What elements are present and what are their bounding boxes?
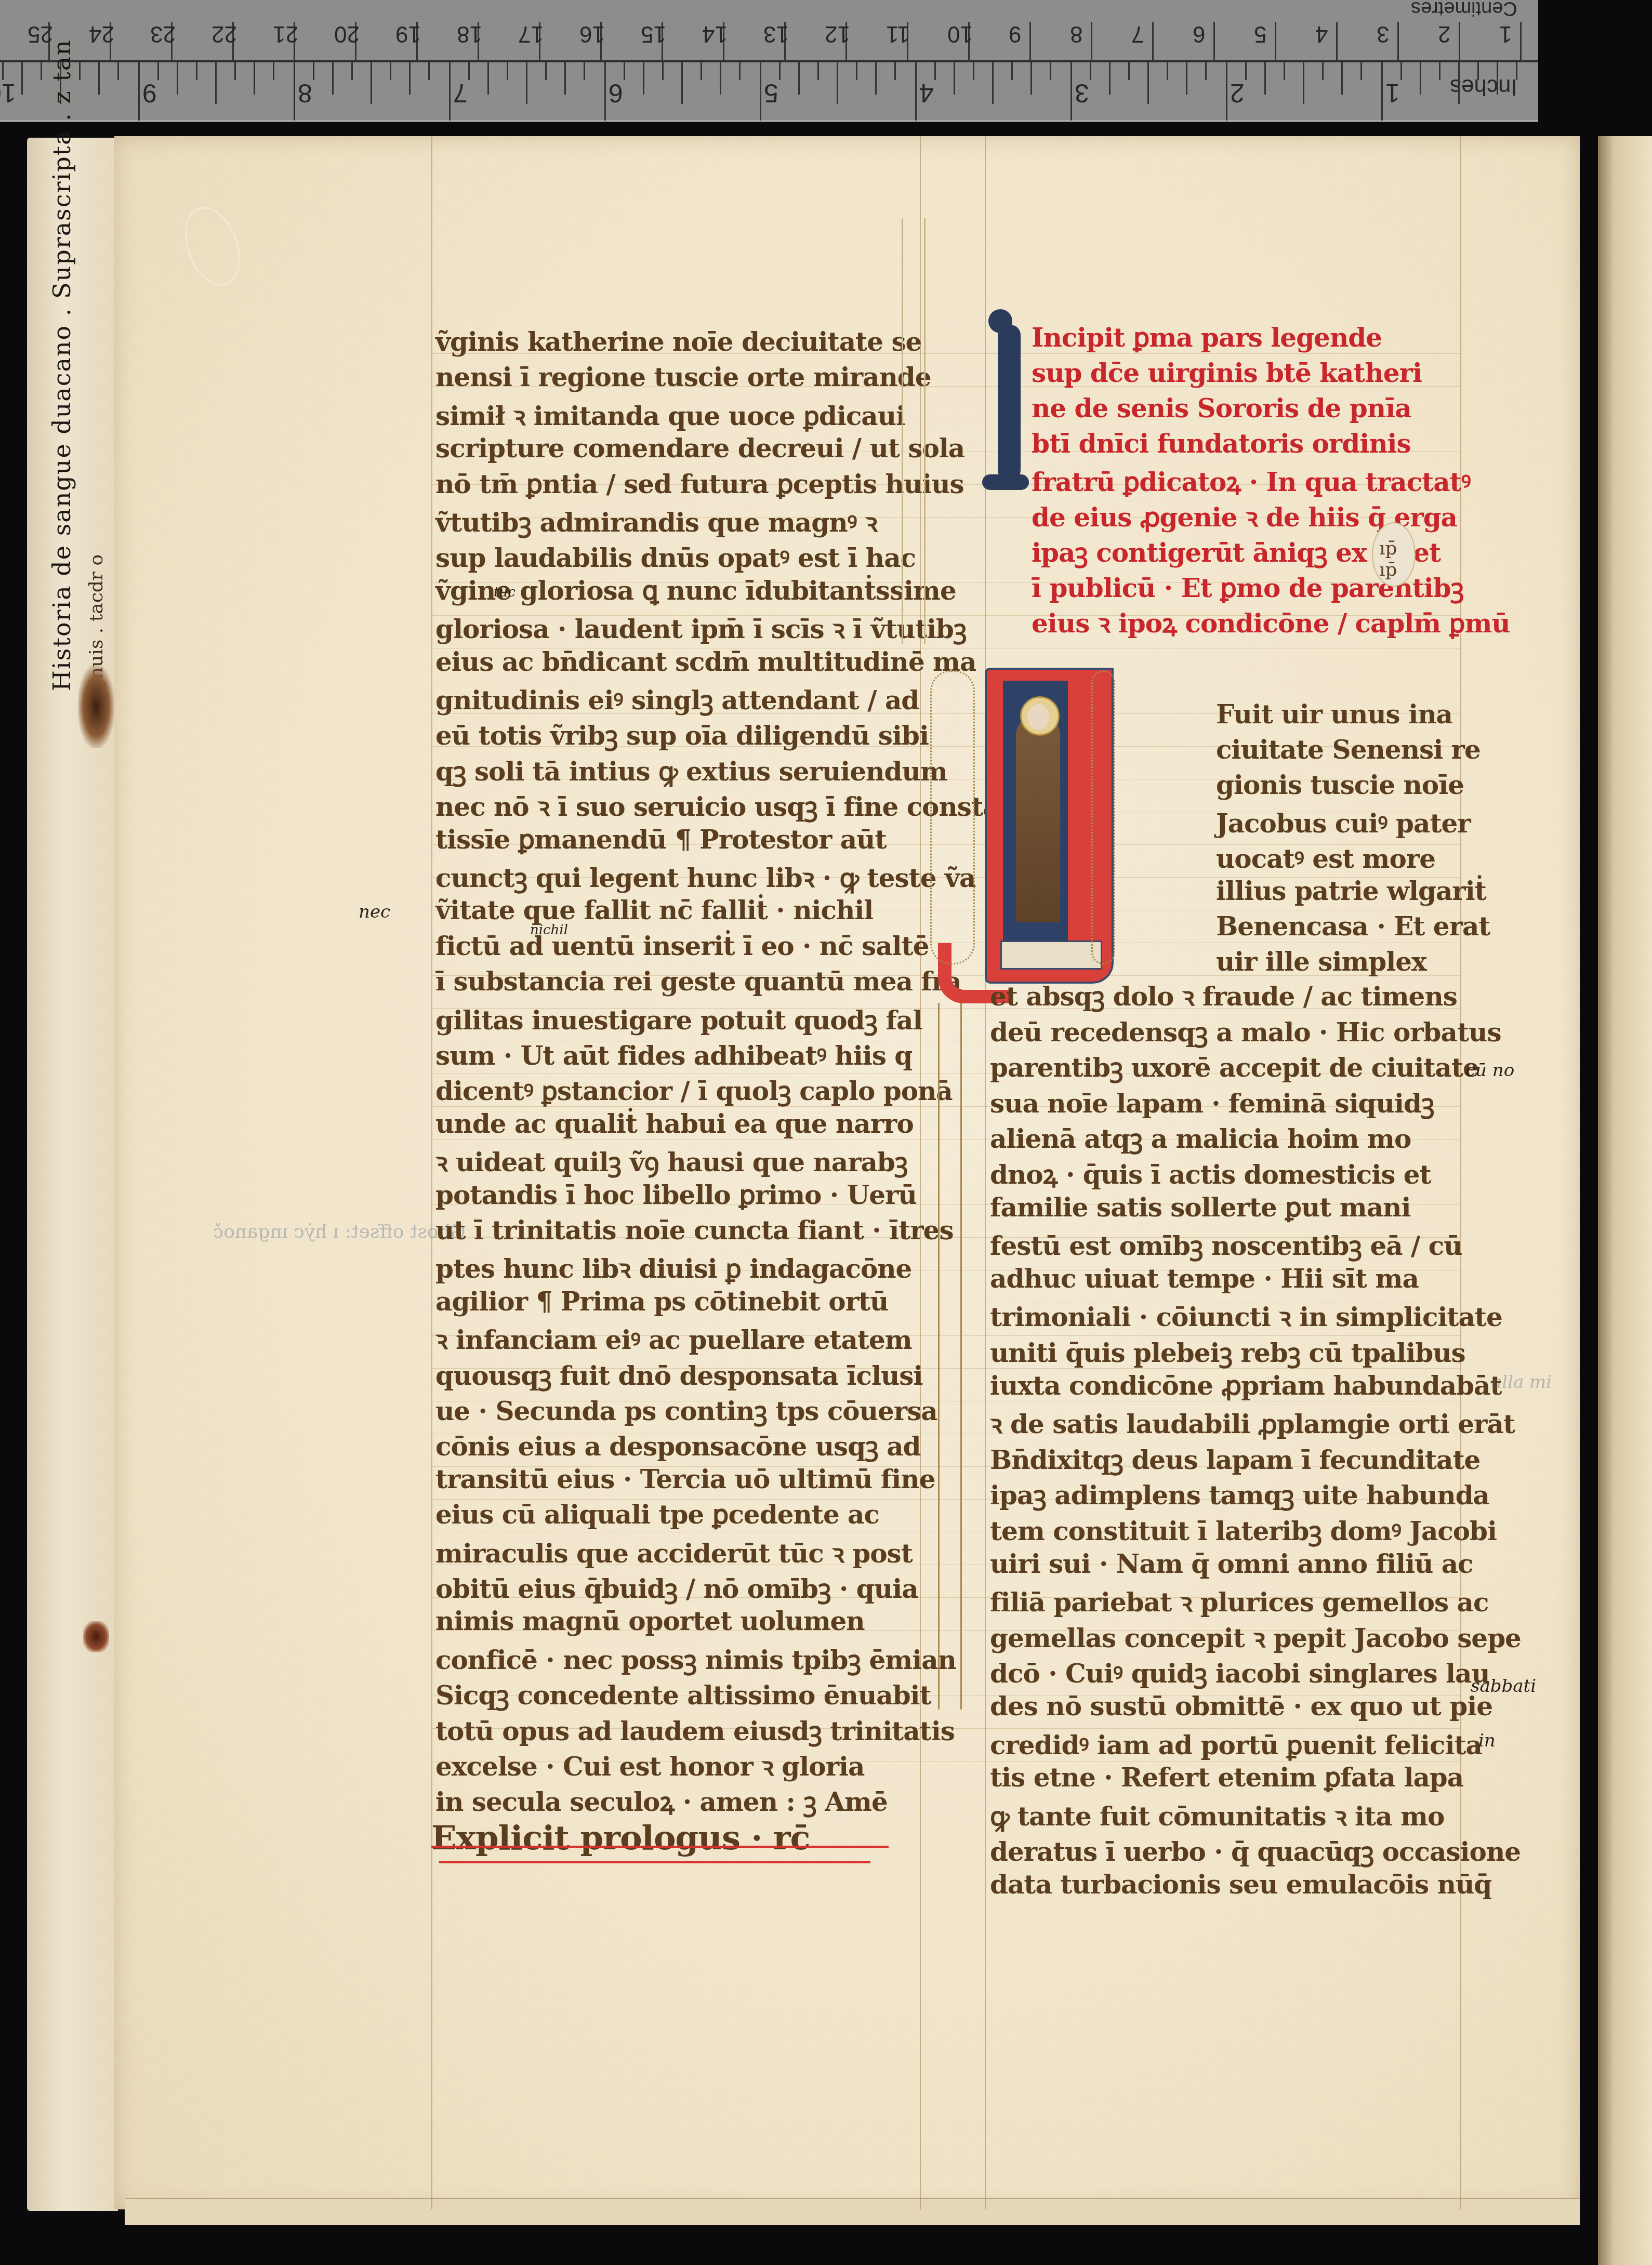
ruler-inch-tick: [817, 62, 819, 80]
ruler-inch-tick: [390, 62, 391, 80]
ruler-cm-tick: [1520, 22, 1522, 61]
text-line: dcō · Cuiꝰ quidꝫ iacobi singlares lau: [990, 1655, 1490, 1690]
ruler-inch-tick: [21, 62, 23, 95]
text-line: Incipit ꝑma pars legende: [1032, 322, 1382, 353]
text-line: unde ac qualiṫ habui ea que narro: [435, 1108, 914, 1139]
parchment-repair-patch: ıp̄ ıp̄: [1372, 522, 1416, 587]
explicit-red-underline: [431, 1846, 889, 1848]
text-line: eius ꝛ ipoꝝ condicōne / caplm̄ ꝑmū: [1032, 605, 1510, 640]
ruler-cm-label: 1: [1499, 21, 1512, 47]
ruler-inch-label: 2: [1230, 78, 1245, 108]
margin-note-nec: nec: [359, 902, 390, 922]
ruler-inch-tick: [1420, 62, 1421, 95]
page-bottom-edge: [125, 2198, 1580, 2225]
spine-annotation-secondary: gnuis . tacdr o: [86, 171, 112, 691]
explicit-red-underline-2: [439, 1861, 870, 1863]
text-line: credidꝰ iam ad portū ꝑuenit felicita: [990, 1727, 1482, 1762]
text-line: nimis magnū oportet uolumen: [435, 1606, 865, 1636]
text-line: uir ille simplex: [1216, 946, 1426, 977]
text-line: festū est omībꝫ noscentibꝫ eā / cū: [990, 1227, 1462, 1263]
ruler-cm-label: 3: [1377, 21, 1389, 47]
text-line: simił ꝛ imitanda que uoce ꝑdicaui: [435, 398, 905, 433]
ruler-inch-tick: [1264, 62, 1266, 95]
ruler-inch-tick: [798, 62, 800, 95]
ruler-cm-label: 20: [334, 21, 360, 47]
ruler-inch-tick: [428, 62, 430, 80]
ruler-inch-tick: [875, 62, 877, 95]
ruler-inch-label: 4: [919, 78, 934, 108]
ruler-cm-label: 4: [1315, 21, 1328, 47]
text-line: excelse · Cui est honor ꝛ gloria: [435, 1748, 864, 1783]
ruler-inch-tick: [545, 62, 547, 80]
ruler-inch-label: 10: [0, 78, 16, 108]
ruler-inch-tick: [177, 62, 178, 95]
text-line: ipaꝫ adimplens tamqꝫ uite habunda: [990, 1477, 1489, 1512]
ruler-inch-tick: [79, 62, 81, 80]
ruler-inch-label: 3: [1075, 78, 1089, 108]
ruler-inch-tick: [1128, 62, 1130, 80]
text-line: des nō sustū obmittē · ex quo ut pie: [990, 1691, 1492, 1721]
text-line: totū opus ad laudem eiusdꝫ trinitatis: [435, 1713, 955, 1748]
text-line: gionis tuscie noīe: [1216, 770, 1464, 800]
ruler-inch-tick: [157, 62, 159, 80]
ruler-midline: [0, 60, 1538, 62]
patch-text: ıp̄ ıp̄: [1379, 538, 1415, 580]
text-line: filiā pariebat ꝛ plurices gemellos ac: [990, 1584, 1488, 1619]
ruler-inch-tick: [973, 62, 974, 80]
ruler-inch-tick: [1071, 62, 1072, 121]
text-line: ut ī trinitatis noīe cuncta fiant · ītre…: [435, 1215, 954, 1246]
ruler-inch-tick: [294, 62, 295, 121]
text-line: in secula seculoꝝ · amen : ꝫ Amē: [435, 1783, 888, 1819]
ruler-inch-label: 1: [1385, 78, 1400, 108]
ruler-inch-tick: [1109, 62, 1111, 95]
text-line: iuxta condicōne ꝓpriam habundabāt: [990, 1370, 1501, 1401]
ruler-inch-tick: [760, 62, 761, 121]
text-line: cōnis eius a desponsacōne usqꝫ ad: [435, 1428, 921, 1463]
ruler-cm-label: 24: [89, 21, 114, 47]
text-line: ṽitate que fallit nc̄ falliṫ · nichil: [435, 895, 873, 925]
ruler-inch-tick: [1147, 62, 1149, 104]
text-line: Fuit uir unus ina: [1216, 699, 1452, 730]
ruler-inch-tick: [1226, 62, 1227, 121]
ruler-inch-tick: [1322, 62, 1324, 80]
ruler-inch-tick: [1381, 62, 1383, 121]
text-line: gnitudinis eiꝰ singlꝫ attendant / ad: [435, 682, 919, 717]
ruler-inch-tick: [1205, 62, 1207, 80]
text-line: Jacobus cuiꝰ pater: [1216, 805, 1471, 840]
initial-I-stem: [998, 325, 1021, 481]
ruler-unit-centimetres: Centimetres: [1411, 0, 1517, 19]
ruler-inch-label: 9: [142, 78, 157, 108]
facing-page-gutter: [1598, 136, 1652, 2265]
ruling-left-col-left: [431, 136, 432, 2209]
text-line: eū totis ṽribꝫ sup oīa diligendū sibi: [435, 717, 929, 752]
ruler-cm-label: 5: [1254, 21, 1266, 47]
ruler-cm-tick: [1336, 22, 1338, 61]
ruler-cm-label: 2: [1438, 21, 1450, 47]
ruler-inch-tick: [584, 62, 585, 80]
text-line: quousqꝫ fuit dnō desponsata īclusi: [435, 1357, 922, 1393]
ruler-inch-tick: [468, 62, 470, 80]
text-line: eius ac bn̄dicant scdm̄ multitudinē ma: [435, 646, 976, 677]
ruler-cm-label: 7: [1131, 21, 1144, 47]
ruler-inch-tick: [1477, 62, 1479, 80]
text-line: gemellas concepit ꝛ pepit Jacobo sepe: [990, 1620, 1521, 1655]
text-line: nensi ī regione tuscie orte mirande: [435, 362, 931, 392]
text-line: gilitas inuestigare potuit quodꝫ fal: [435, 1002, 922, 1037]
text-line: deratus ī uerbo · q̄ quacūqꝫ occasione: [990, 1833, 1521, 1869]
text-line: ptes hunc libꝛ diuisi ꝑ indagacōne: [435, 1250, 911, 1286]
text-line: scripture comendare decreui / ut sola: [435, 433, 964, 463]
offset-ghost-text: Ghost offset: ı hẏc ınganoč: [213, 1221, 465, 1242]
text-line: Benencasa · Et erat: [1216, 911, 1490, 942]
penwork-flourish-left: [930, 670, 975, 964]
ruler-inch-tick: [273, 62, 274, 80]
ruler-inch-tick: [915, 62, 917, 121]
text-line: Sicqꝫ concedente altissimo ēnuabit: [435, 1677, 931, 1712]
ruler-inch-label: 5: [764, 78, 778, 108]
text-line: potandis ī hoc libello ꝑrimo · Uerū: [435, 1180, 917, 1210]
margin-note-in: in: [1478, 1730, 1496, 1751]
ruler-inch-tick: [1186, 62, 1187, 95]
measurement-ruler: Centimetres Inches 123456789101112131415…: [0, 0, 1538, 122]
interlinear-note-nichil: nichil: [530, 922, 568, 938]
text-line: tissīe ꝑmanendū ¶ Protestor aūt: [435, 824, 887, 855]
spine-annotation: Historia de sangue duacano . Suprascript…: [48, 171, 79, 691]
text-line: sua noīe lapam · feminā siquidꝫ: [990, 1085, 1434, 1120]
ruler-inch-tick: [1516, 62, 1517, 80]
ruler-inch-tick: [215, 62, 217, 104]
ruler-cm-label: 18: [457, 21, 482, 47]
text-line: parentibꝫ uxorē accepit de ciuitate: [990, 1049, 1479, 1084]
penwork-stem-upper: [902, 218, 926, 644]
ruler-inch-tick: [894, 62, 896, 80]
ruler-cm-tick: [1152, 22, 1154, 61]
text-line: conficē · nec possꝫ nimis tpibꝫ ēmian: [435, 1641, 956, 1677]
text-line: dnoꝝ · q̄uis ī actis domesticis et: [990, 1156, 1431, 1191]
ruler-inch-tick: [487, 62, 489, 95]
ruler-inch-tick: [856, 62, 857, 80]
saint-catherine-figure: [1016, 714, 1060, 922]
ruler-cm-tick: [1397, 22, 1399, 61]
text-line: transitū eius · Tercia uō ultimū fine: [435, 1464, 935, 1494]
ruler-cm-label: 13: [763, 21, 789, 47]
text-line: sum · Ut aūt fides adhibeatꝰ hiis q: [435, 1037, 912, 1072]
ruler-cm-label: 16: [579, 21, 605, 47]
text-line: ṽginis katherine noīe deciuitate se: [435, 326, 921, 357]
initial-I-foot: [982, 474, 1029, 490]
ruler-inch-tick: [1360, 62, 1362, 80]
ruler-cm-label: 22: [212, 21, 237, 47]
explicit-text: Explicit prologus · rc̄: [431, 1819, 810, 1858]
margin-note-faint: alla mi: [1491, 1372, 1552, 1393]
ruler-inch-tick: [837, 62, 838, 104]
ruler-inch-label: 7: [453, 78, 468, 108]
text-line: ī substancia rei geste quantū mea fra: [435, 966, 961, 997]
ruler-inch-tick: [1303, 62, 1304, 104]
ruler-inch-tick: [564, 62, 566, 95]
ruler-inch-tick: [138, 62, 140, 121]
ruler-cm-label: 6: [1193, 21, 1205, 47]
text-line: data turbacionis seu emulacōis nūq̄: [990, 1869, 1491, 1900]
ruler-cm-label: 23: [150, 21, 176, 47]
text-line: uiri sui · Nam q̄ omni anno filiū ac: [990, 1548, 1473, 1579]
ruler-inch-tick: [1030, 62, 1032, 95]
text-line: nō tm̄ ꝑntia / sed futura ꝑceptis huius: [435, 469, 964, 499]
ruler-inch-tick: [2, 62, 4, 80]
ruler-inch-tick: [234, 62, 236, 80]
text-line: fictū ad uentū inseriṫ ī eo · nc̄ saltē: [435, 931, 929, 961]
ruler-cm-tick: [1275, 22, 1276, 61]
ruler-cm-label: 14: [702, 21, 728, 47]
ruler-inch-tick: [1458, 62, 1460, 104]
ruler-cm-label: 9: [1009, 21, 1021, 47]
ruler-inch-tick: [449, 62, 451, 121]
ruler-inch-tick: [1090, 62, 1091, 80]
ruler-inch-tick: [41, 62, 42, 80]
text-line: eius cū aliquali tpe ꝑcedente ac: [435, 1499, 879, 1530]
ruler-inch-tick: [196, 62, 197, 80]
ruler-cm-tick: [1029, 22, 1031, 61]
ruler-cm-tick: [1459, 22, 1460, 61]
text-line: ne de senis Sororis de pnīa: [1032, 393, 1411, 423]
ruler-inch-label: 6: [609, 78, 623, 108]
text-line: fratrū ꝑdicatoꝝ · In qua tractatꝰ: [1032, 463, 1471, 499]
text-line: miraculis que acciderūt tūc ꝛ post: [435, 1535, 913, 1570]
ruler-cm-label: 11: [886, 21, 910, 47]
text-line: ṽtutibꝫ admirandis que magnꝰ ꝛ: [435, 504, 877, 539]
text-line: ꝛ de satis laudabili ꝓplamgie orti erāt: [990, 1406, 1515, 1441]
text-line: ꝛ uideat quilꝫ ṽꝯ hausi que narabꝫ: [435, 1144, 907, 1179]
text-line: tem constituit ī lateribꝫ domꝰ Jacobi: [990, 1513, 1497, 1548]
text-line: deū recedensqꝫ a malo · Hic orbatus: [990, 1014, 1501, 1049]
ruler-inch-tick: [701, 62, 702, 80]
ruler-inch-tick: [1245, 62, 1247, 80]
margin-note-sabbati: sabbati: [1471, 1676, 1536, 1697]
spine-stain: [78, 665, 114, 748]
ruler-inch-tick: [779, 62, 781, 80]
text-line: alienā atqꝫ a malicia hoim mo: [990, 1120, 1411, 1156]
ruler-cm-label: 15: [641, 21, 666, 47]
text-line: ꝛ infanciam eiꝰ ac puellare etatem: [435, 1321, 912, 1357]
ruler-inch-tick: [313, 62, 314, 80]
ruler-inch-tick: [1284, 62, 1285, 80]
ruler-cm-label: 17: [518, 21, 544, 47]
ruler-inch-tick: [332, 62, 334, 95]
ruler-inch-tick: [643, 62, 644, 95]
text-line: tis etne · Refert etenim ꝑfata lapa: [990, 1762, 1463, 1793]
text-line: uniti q̄uis plebeiꝫ rebꝫ cū tpalibus: [990, 1334, 1465, 1370]
penwork-flourish-right: [1091, 670, 1115, 964]
text-line: et absqꝫ dolo ꝛ fraude / ac timens: [990, 978, 1457, 1013]
text-line: dicentꝰ ꝑstancior / ī quolꝫ caplo ponā: [435, 1072, 953, 1108]
text-line: adhuc uiuat tempe · Hii sīt ma: [990, 1263, 1419, 1294]
ruler-inch-tick: [624, 62, 625, 80]
historiated-initial-F: [938, 652, 1208, 1000]
initial-F-foliage-base: [1000, 941, 1102, 970]
ruler-cm-label: 8: [1070, 21, 1082, 47]
ruler-inch-tick: [1011, 62, 1013, 80]
text-line: ꝙ tante fuit cōmunitatis ꝛ ita mo: [990, 1798, 1444, 1833]
text-line: agilior ¶ Prima ps cōtinebit ortū: [435, 1286, 888, 1317]
ruler-inch-tick: [662, 62, 664, 80]
ruler-inch-tick: [1400, 62, 1402, 80]
ruler-cm-label: 10: [947, 21, 973, 47]
text-line: ue · Secunda ps continꝫ tps cōuersa: [435, 1393, 937, 1428]
ruler-inch-tick: [681, 62, 683, 104]
text-line: ciuitate Senensi re: [1216, 734, 1481, 765]
ruler-inch-tick: [1167, 62, 1168, 80]
ruler-inch-tick: [409, 62, 411, 95]
text-line: illius patrie wlgariṫ: [1216, 876, 1486, 906]
illuminated-initial-I: [982, 309, 1029, 496]
saint-face: [1027, 704, 1049, 730]
ruler-inch-tick: [720, 62, 721, 95]
ruler-inch-tick: [507, 62, 508, 80]
ruler-cm-label: 19: [395, 21, 421, 47]
explicit-prologue: Explicit prologus · rc̄: [431, 1819, 810, 1858]
text-line: familie satis sollerte ꝑut mani: [990, 1192, 1410, 1223]
ruler-cm-tick: [1091, 22, 1092, 61]
ruler-inch-tick: [1341, 62, 1343, 95]
ruler-inch-tick: [254, 62, 255, 95]
spine-stain-lower: [83, 1621, 109, 1652]
interlinear-note-tunc: tūc: [494, 585, 516, 600]
ruler-unit-inches: Inches: [1450, 74, 1517, 100]
text-line: Bn̄dixitqꝫ deus lapam ī fecunditate: [990, 1441, 1480, 1477]
ruler-inch-label: 8: [298, 78, 312, 108]
ruler-inch-tick: [1439, 62, 1440, 80]
ruler-inch-tick: [371, 62, 372, 104]
ruler-inch-tick: [98, 62, 100, 95]
ruler-inch-tick: [992, 62, 994, 104]
ruler-inch-tick: [934, 62, 936, 80]
ruler-inch-tick: [117, 62, 119, 80]
text-line: btī dnīci fundatoris ordinis: [1032, 428, 1411, 459]
ruler-inch-tick: [604, 62, 606, 121]
ruler-cm-label: 21: [273, 21, 298, 47]
text-line: trimoniali · cōiuncti ꝛ in simplicitate: [990, 1299, 1502, 1334]
text-line: gloriosa · laudent ipm̄ ī scīs ꝛ ī ṽtuti…: [435, 611, 967, 646]
text-line: obitū eius q̄buidꝫ / nō omībꝫ · quia: [435, 1570, 918, 1606]
margin-note-cum-no: cū no: [1465, 1060, 1514, 1081]
text-line: sup dc̄e uirginis btē katheri: [1032, 357, 1422, 388]
ruler-inch-tick: [739, 62, 741, 80]
ruler-inch-tick: [1497, 62, 1498, 95]
ruler-cm-tick: [1213, 22, 1215, 61]
ruler-cm-label: 12: [825, 21, 850, 47]
text-line: cunctꝫ qui legent hunc libꝛ · ꝙ teste ṽa: [435, 859, 975, 895]
penwork-stem-lower: [938, 1003, 962, 1710]
text-line: sup laudabilis dnūs opatꝰ est ī hac: [435, 539, 916, 575]
text-line: qꝫ soli tā intius ꝙ extius seruiendum: [435, 753, 947, 788]
ruler-inch-tick: [954, 62, 955, 95]
ruler-inch-tick: [1050, 62, 1051, 80]
ruler-inch-tick: [351, 62, 353, 80]
text-line: uocatꝰ est more: [1216, 840, 1435, 876]
ruler-inch-tick: [526, 62, 527, 104]
